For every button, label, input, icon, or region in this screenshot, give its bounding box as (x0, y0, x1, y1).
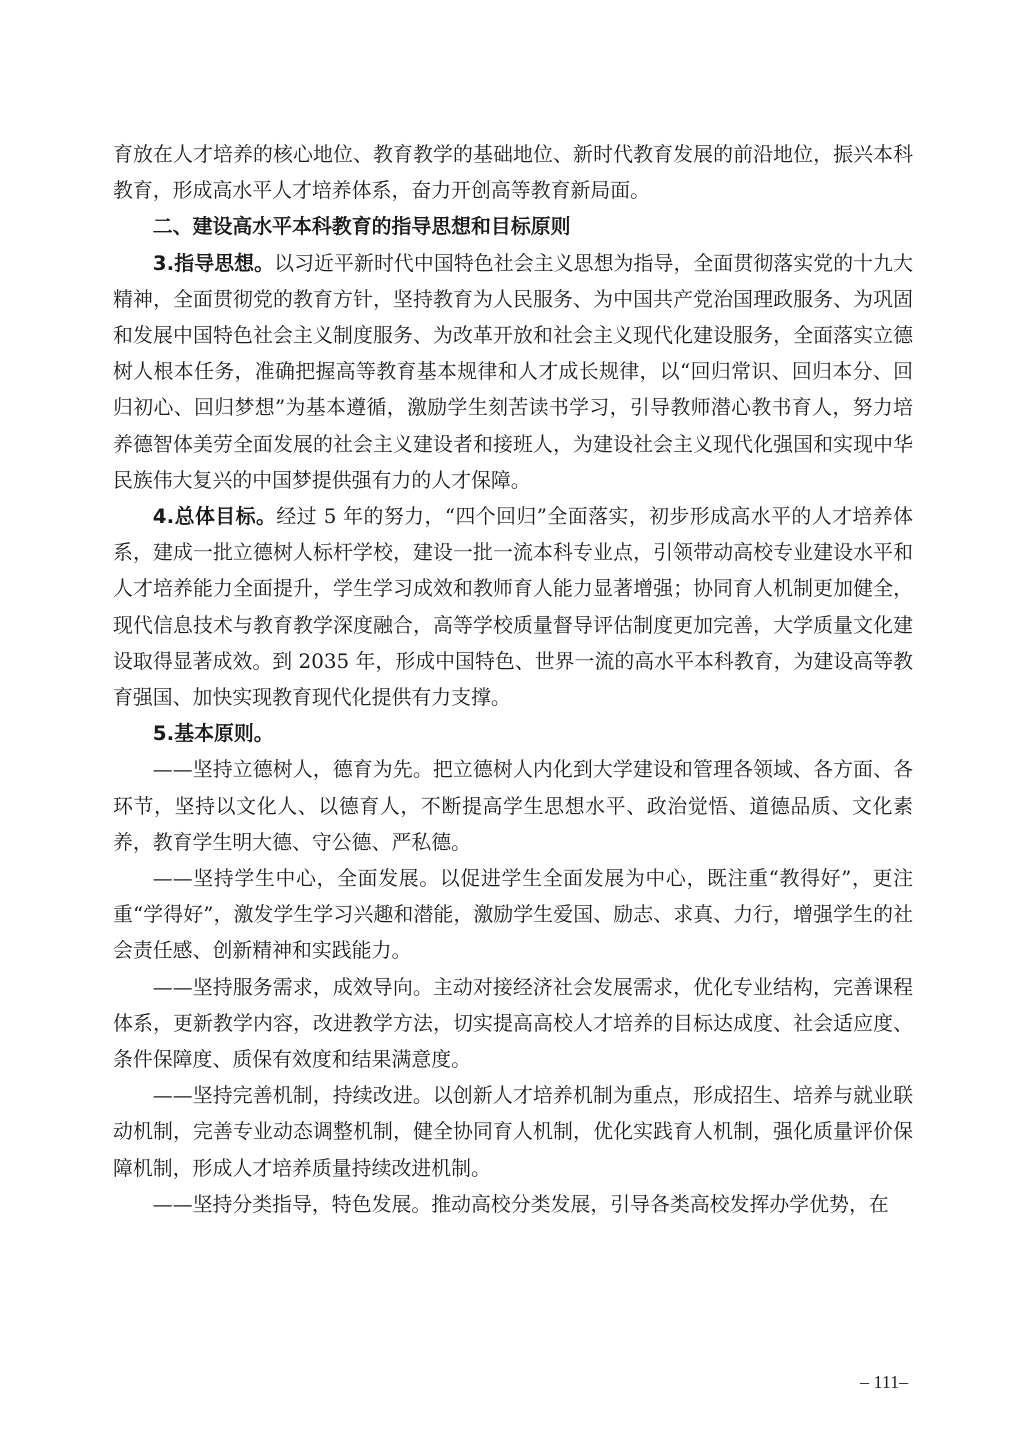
paragraph-text: 经过 5 年的努力，“四个回归”全面落实，初步形成高水平的人才培养体系，建成一批… (113, 505, 913, 709)
paragraph-basic-principles: 5.基本原则。 (113, 716, 913, 752)
paragraph-lead: 3.指导思想。 (153, 252, 274, 275)
principle-improve-mechanism: ——坚持完善机制，持续改进。以创新人才培养机制为重点，形成招生、培养与就业联动机… (113, 1078, 913, 1187)
page-number: – 111– (860, 1372, 908, 1393)
principle-classified-guidance: ——坚持分类指导，特色发展。推动高校分类发展，引导各类高校发挥办学优势，在 (113, 1187, 913, 1223)
document-body: 育放在人才培养的核心地位、教育教学的基础地位、新时代教育发展的前沿地位，振兴本科… (113, 137, 913, 1223)
paragraph-lead: 5.基本原则。 (153, 722, 274, 745)
paragraph-text: 以习近平新时代中国特色社会主义思想为指导，全面贯彻落实党的十九大精神，全面贯彻党… (113, 252, 913, 492)
principle-student-centered: ——坚持学生中心，全面发展。以促进学生全面发展为中心，既注重“教得好”，更注重“… (113, 861, 913, 970)
paragraph-overall-goal: 4.总体目标。经过 5 年的努力，“四个回归”全面落实，初步形成高水平的人才培养… (113, 499, 913, 716)
paragraph-lead: 4.总体目标。 (153, 505, 277, 528)
section-heading: 二、建设高水平本科教育的指导思想和目标原则 (113, 209, 913, 245)
paragraph-continuation: 育放在人才培养的核心地位、教育教学的基础地位、新时代教育发展的前沿地位，振兴本科… (113, 137, 913, 209)
principle-moral-education: ——坚持立德树人，德育为先。把立德树人内化到大学建设和管理各领域、各方面、各环节… (113, 752, 913, 861)
paragraph-guiding-ideology: 3.指导思想。以习近平新时代中国特色社会主义思想为指导，全面贯彻落实党的十九大精… (113, 246, 913, 499)
principle-service-demand: ——坚持服务需求，成效导向。主动对接经济社会发展需求，优化专业结构，完善课程体系… (113, 970, 913, 1079)
